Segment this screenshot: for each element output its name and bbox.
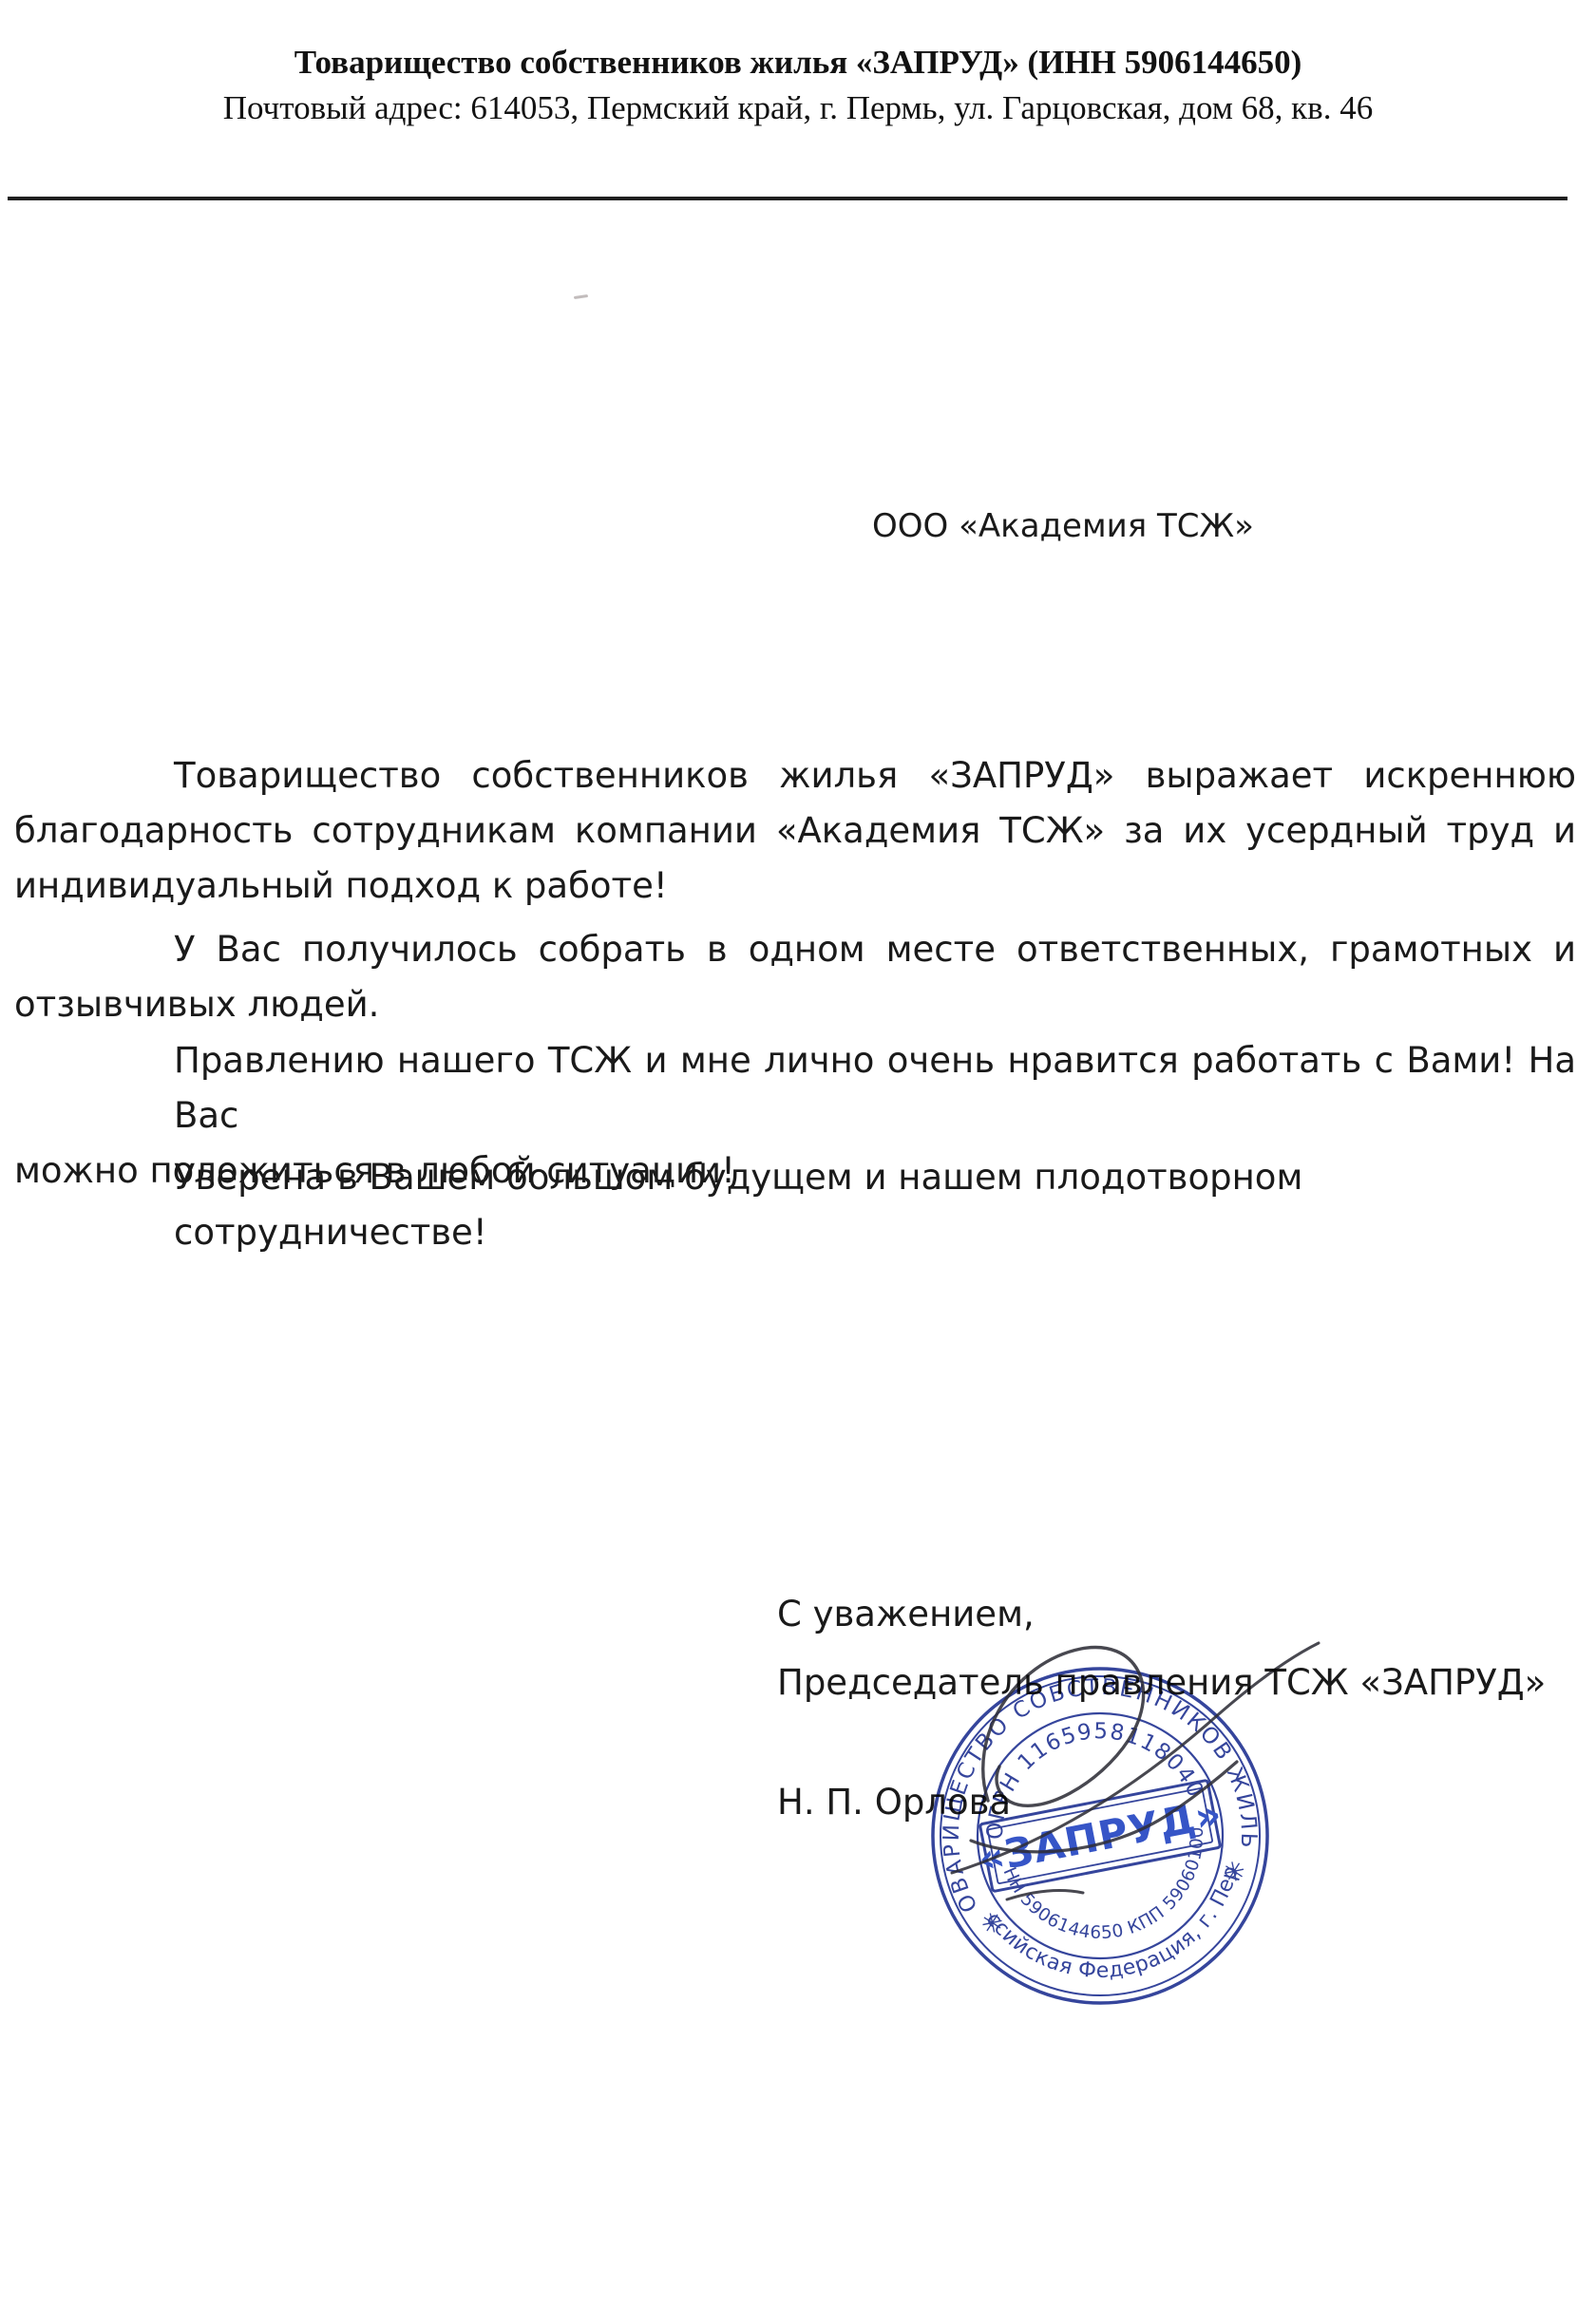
paragraph-line: индивидуальный подход к работе! bbox=[14, 859, 1576, 914]
paragraph-future: Уверена в Вашем большом будущем и нашем … bbox=[14, 1150, 1576, 1260]
paragraph-gratitude: Товарищество собственников жилья «ЗАПРУД… bbox=[14, 748, 1576, 914]
scanned-letter-page: Товарищество собственников жилья «ЗАПРУД… bbox=[0, 0, 1596, 2324]
recipient-line: ООО «Академия ТСЖ» bbox=[872, 507, 1254, 545]
paragraph-team: У Вас получилось собрать в одном месте о… bbox=[14, 922, 1576, 1032]
organization-round-stamp: ТОВАРИЩЕСТВО СОБСТВЕННИКОВ ЖИЛЬЯ Российс… bbox=[883, 1615, 1349, 2070]
scan-smudge-artifact bbox=[574, 294, 588, 299]
letterhead-divider-line bbox=[8, 197, 1567, 200]
paragraph-line: отзывчивых людей. bbox=[14, 977, 1576, 1032]
paragraph-line: У Вас получилось собрать в одном месте о… bbox=[14, 922, 1576, 977]
letterhead-org-name: Товарищество собственников жилья «ЗАПРУД… bbox=[0, 40, 1596, 85]
paragraph-line: благодарность сотрудникам компании «Акад… bbox=[14, 803, 1576, 859]
paragraph-line: Уверена в Вашем большом будущем и нашем … bbox=[14, 1150, 1576, 1260]
paragraph-line: Правлению нашего ТСЖ и мне лично очень н… bbox=[14, 1033, 1576, 1143]
letterhead-postal-address: Почтовый адрес: 614053, Пермский край, г… bbox=[0, 85, 1596, 131]
paragraph-line: Товарищество собственников жилья «ЗАПРУД… bbox=[14, 748, 1576, 803]
letterhead: Товарищество собственников жилья «ЗАПРУД… bbox=[0, 40, 1596, 131]
